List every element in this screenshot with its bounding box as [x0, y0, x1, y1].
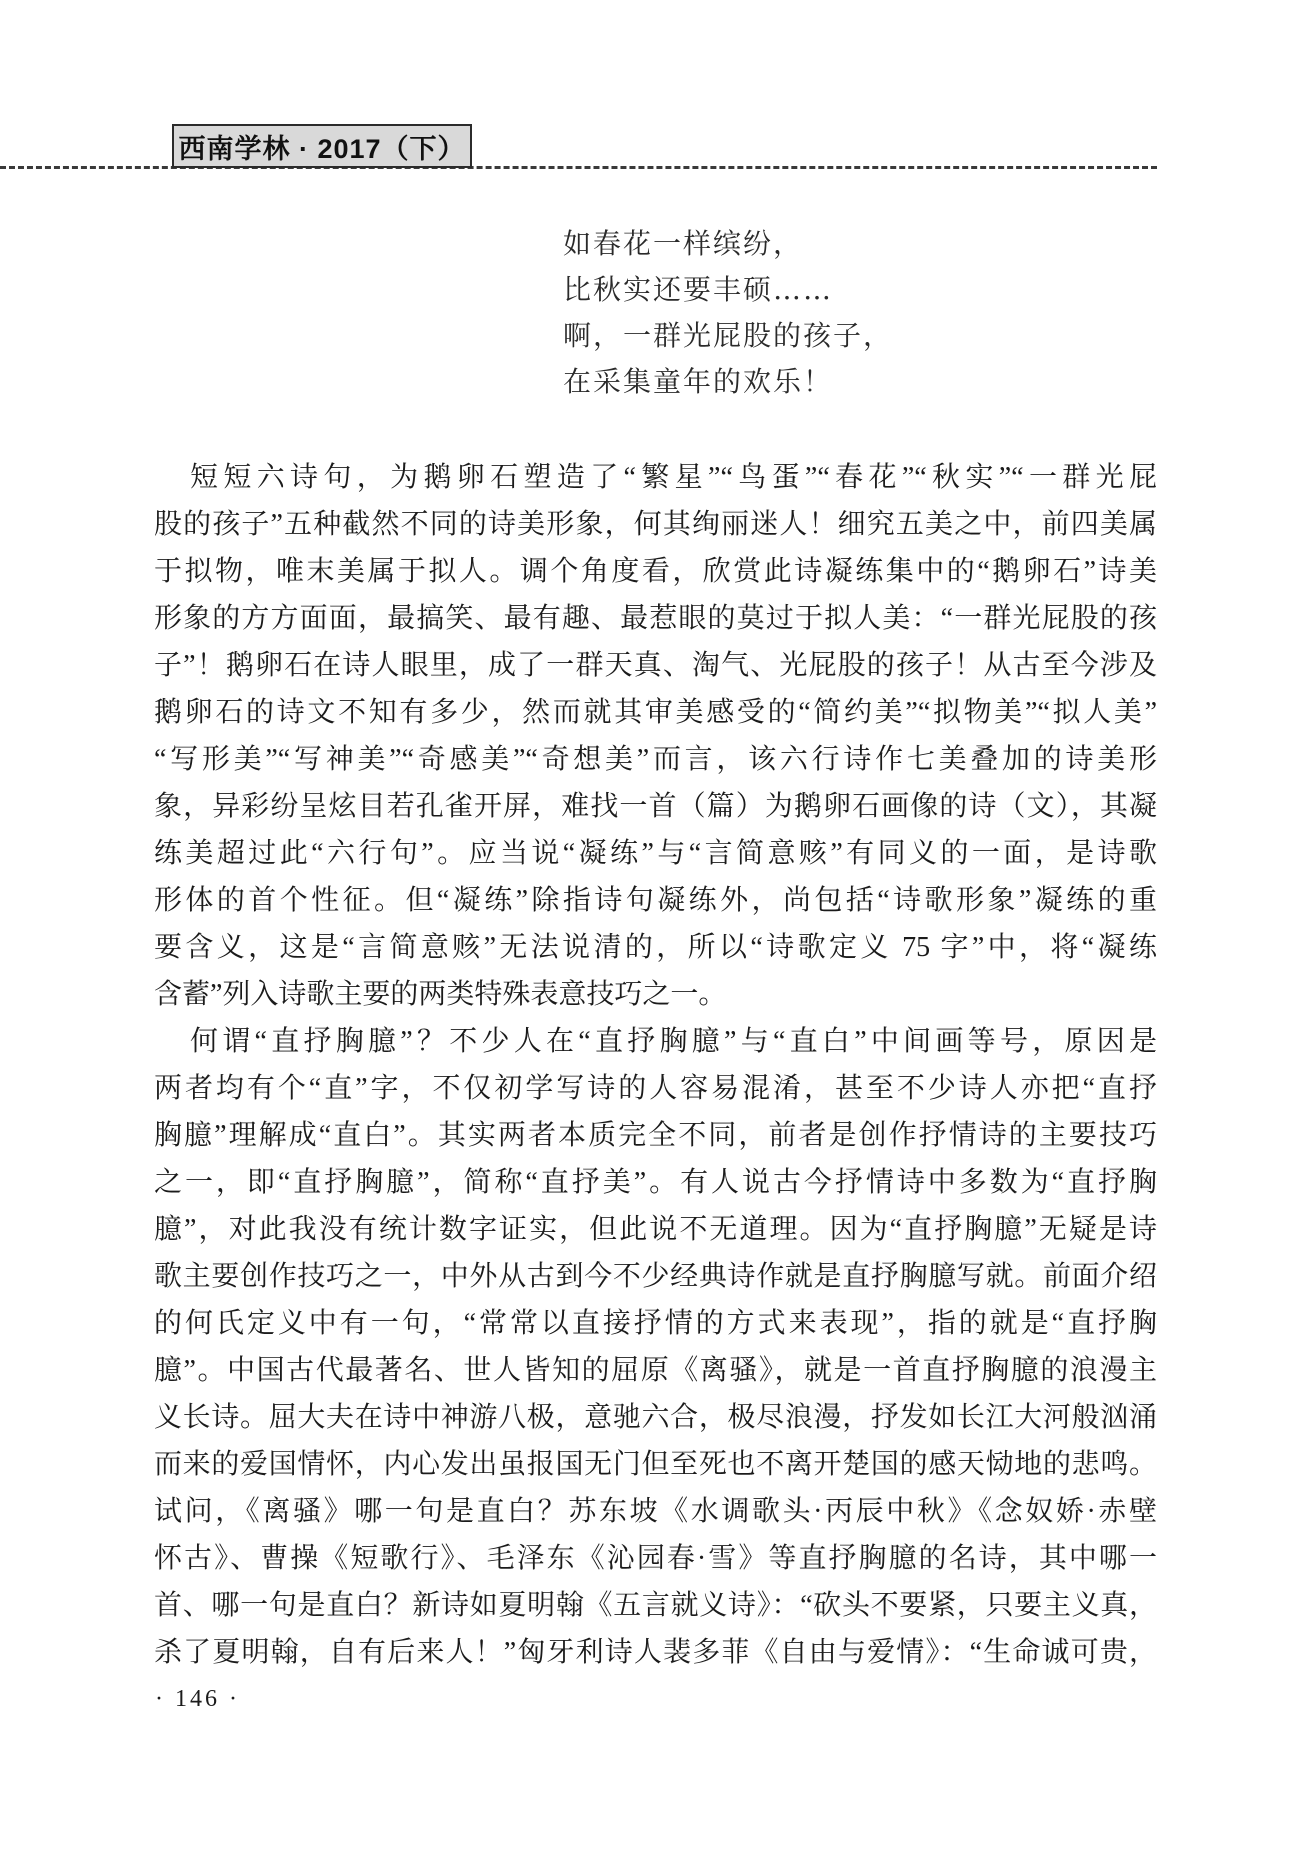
text-line: 形象的方方面面，最搞笑、最有趣、最惹眼的莫过于拟人美：“一群光屁股的孩 — [154, 595, 1157, 642]
text-line: 啊，一群光屁股的孩子， — [563, 313, 893, 359]
journal-title-badge: 西南学林 · 2017（下） — [172, 124, 472, 168]
text-line: 臆”，对此我没有统计数字证实，但此说不无道理。因为“直抒胸臆”无疑是诗 — [154, 1206, 1157, 1253]
text-line: 首、哪一句是直白？新诗如夏明翰《五言就义诗》：“砍头不要紧，只要主义真， — [154, 1582, 1157, 1629]
text-line: 臆”。中国古代最著名、世人皆知的屈原《离骚》，就是一首直抒胸臆的浪漫主 — [154, 1347, 1157, 1394]
text-line: 歌主要创作技巧之一，中外从古到今不少经典诗作就是直抒胸臆写就。前面介绍 — [154, 1253, 1157, 1300]
text-line: 两者均有个“直”字，不仅初学写诗的人容易混淆，甚至不少诗人亦把“直抒 — [154, 1065, 1157, 1112]
text-line: 义长诗。屈大夫在诗中神游八极，意驰六合，极尽浪漫，抒发如长江大河般汹涌 — [154, 1394, 1157, 1441]
text-line: 怀古》、曹操《短歌行》、毛泽东《沁园春·雪》等直抒胸臆的名诗，其中哪一 — [154, 1535, 1157, 1582]
text-line: 何谓“直抒胸臆”？不少人在“直抒胸臆”与“直白”中间画等号，原因是 — [154, 1018, 1157, 1065]
text-line: 而来的爱国情怀，内心发出虽报国无门但至死也不离开楚国的感天恸地的悲鸣。 — [154, 1441, 1157, 1488]
text-line: “写形美”“写神美”“奇感美”“奇想美”而言，该六行诗作七美叠加的诗美形 — [154, 736, 1157, 783]
text-line: 之一，即“直抒胸臆”，简称“直抒美”。有人说古今抒情诗中多数为“直抒胸 — [154, 1159, 1157, 1206]
text-line: 胸臆”理解成“直白”。其实两者本质完全不同，前者是创作抒情诗的主要技巧 — [154, 1112, 1157, 1159]
article-body: 短短六诗句，为鹅卵石塑造了“繁星”“鸟蛋”“春花”“秋实”“一群光屁股的孩子”五… — [154, 454, 1157, 1676]
text-line: 股的孩子”五种截然不同的诗美形象，何其绚丽迷人！细究五美之中，前四美属 — [154, 501, 1157, 548]
text-line: 鹅卵石的诗文不知有多少，然而就其审美感受的“简约美”“拟物美”“拟人美” — [154, 689, 1157, 736]
page-number: · 146 · — [155, 1686, 240, 1713]
document-page: 西南学林 · 2017（下） 如春花一样缤纷，比秋实还要丰硕……啊，一群光屁股的… — [0, 0, 1307, 1859]
text-line: 试问，《离骚》哪一句是直白？苏东坡《水调歌头·丙辰中秋》《念奴娇·赤壁 — [154, 1488, 1157, 1535]
text-line: 练美超过此“六行句”。应当说“凝练”与“言简意赅”有同义的一面，是诗歌 — [154, 830, 1157, 877]
text-line: 象，异彩纷呈炫目若孔雀开屏，难找一首（篇）为鹅卵石画像的诗（文），其凝 — [154, 783, 1157, 830]
text-line: 形体的首个性征。但“凝练”除指诗句凝练外，尚包括“诗歌形象”凝练的重 — [154, 877, 1157, 924]
text-line: 子”！鹅卵石在诗人眼里，成了一群天真、淘气、光屁股的孩子！从古至今涉及 — [154, 642, 1157, 689]
poem-excerpt: 如春花一样缤纷，比秋实还要丰硕……啊，一群光屁股的孩子，在采集童年的欢乐！ — [563, 221, 893, 405]
text-line: 于拟物，唯末美属于拟人。调个角度看，欣赏此诗凝练集中的“鹅卵石”诗美 — [154, 548, 1157, 595]
text-line: 比秋实还要丰硕…… — [563, 267, 893, 313]
paragraph-2: 何谓“直抒胸臆”？不少人在“直抒胸臆”与“直白”中间画等号，原因是两者均有个“直… — [154, 1018, 1157, 1676]
text-line: 在采集童年的欢乐！ — [563, 359, 893, 405]
text-line: 的何氏定义中有一句，“常常以直接抒情的方式来表现”，指的就是“直抒胸 — [154, 1300, 1157, 1347]
text-line: 短短六诗句，为鹅卵石塑造了“繁星”“鸟蛋”“春花”“秋实”“一群光屁 — [154, 454, 1157, 501]
text-line: 要含义，这是“言简意赅”无法说清的，所以“诗歌定义 75 字”中，将“凝练 — [154, 924, 1157, 971]
journal-title: 西南学林 · 2017（下） — [178, 127, 465, 166]
text-line: 如春花一样缤纷， — [563, 221, 893, 267]
text-line: 杀了夏明翰，自有后来人！”匈牙利诗人裴多菲《自由与爱情》：“生命诚可贵， — [154, 1629, 1157, 1676]
text-line: 含蓄”列入诗歌主要的两类特殊表意技巧之一。 — [154, 971, 1157, 1018]
paragraph-1: 短短六诗句，为鹅卵石塑造了“繁星”“鸟蛋”“春花”“秋实”“一群光屁股的孩子”五… — [154, 454, 1157, 1018]
